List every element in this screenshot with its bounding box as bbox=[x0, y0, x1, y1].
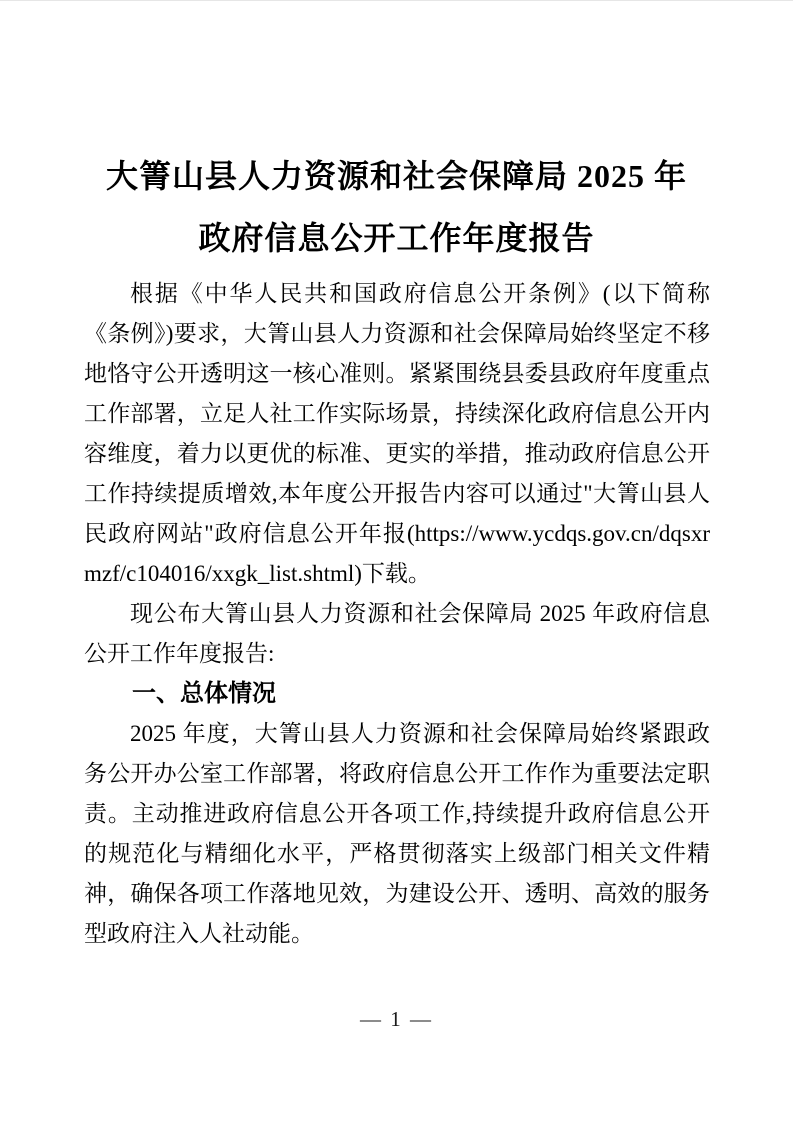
document-title: 大箐山县人力资源和社会保障局 2025 年 政府信息公开工作年度报告 bbox=[0, 145, 793, 269]
document-page: 大箐山县人力资源和社会保障局 2025 年 政府信息公开工作年度报告 根据《中华… bbox=[0, 0, 793, 1123]
section-heading: 一、总体情况 bbox=[84, 674, 710, 714]
body-paragraph: 根据《中华人民共和国政府信息公开条例》(以下简称《条例》)要求，大箐山县人力资源… bbox=[84, 274, 710, 594]
document-title-line-2: 政府信息公开工作年度报告 bbox=[0, 207, 793, 269]
body-paragraph: 现公布大箐山县人力资源和社会保障局 2025 年政府信息公开工作年度报告: bbox=[84, 594, 710, 674]
page-number: — 1 — bbox=[360, 1007, 433, 1031]
document-title-line-1: 大箐山县人力资源和社会保障局 2025 年 bbox=[0, 145, 793, 207]
body-paragraph: 2025 年度，大箐山县人力资源和社会保障局始终紧跟政务公开办公室工作部署，将政… bbox=[84, 714, 710, 954]
document-body: 根据《中华人民共和国政府信息公开条例》(以下简称《条例》)要求，大箐山县人力资源… bbox=[84, 274, 710, 954]
page-footer: — 1 — bbox=[0, 1004, 793, 1034]
